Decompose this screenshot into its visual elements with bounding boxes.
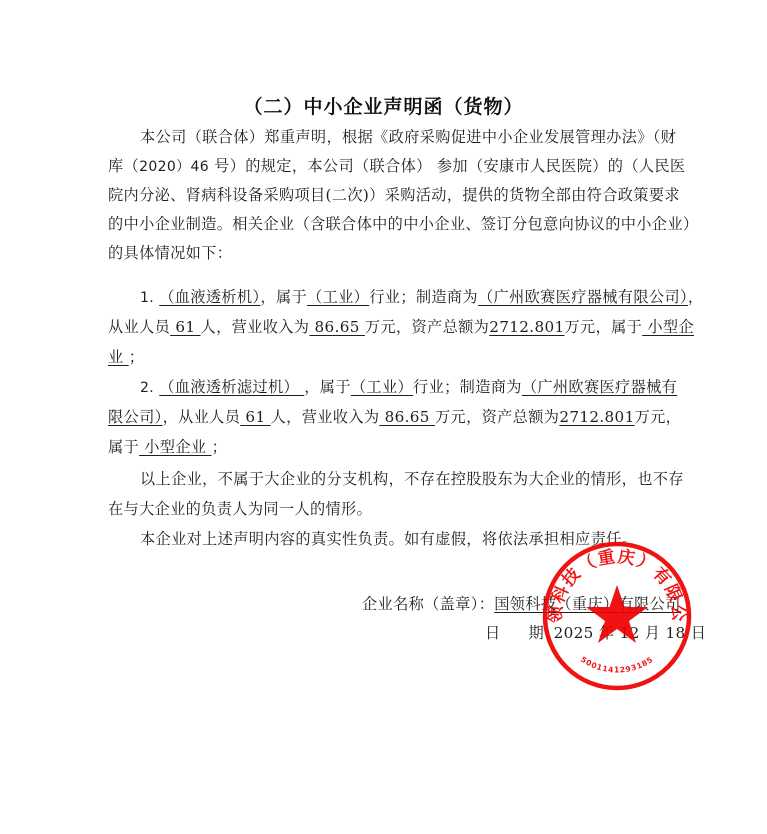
signature-label: 企业名称（盖章）： [362,595,494,613]
item-2-revenue-label: 人，营业收入为 [271,408,380,426]
para1-line2-rest: 号）的规定，本公司（联合体） 参加（安康市人民医院）的（人民医 [209,157,685,175]
item-2-size-label: 属于 [108,438,139,456]
para1-line1: 本公司（联合体）郑重声明，根据《政府采购促进中小企业发展管理办法》（财 [108,127,726,147]
signature-line: 企业名称（盖章）：国领科技（重庆）有限公司 [362,594,681,614]
document-title: （二）中小企业声明函（货物） [0,92,767,119]
item-2-end: ； [212,438,228,456]
decree-year: 2020 [139,159,176,175]
para1-line5: 的具体情况如下： [108,243,694,263]
item-2-revenue: 86.65 [379,408,435,426]
item-1-line3: 业 ； [108,347,694,367]
item-2-industry: （工业） [351,378,413,396]
item-1-industry: （工业） [307,288,369,306]
item-1-assets: 2712.801 [489,318,564,336]
item-2-line2: 限公司），从业人员 61 人，营业收入为 86.65 万元，资产总额为2712.… [108,407,694,427]
item-1-line2: 从业人员 61 人，营业收入为 86.65 万元，资产总额为2712.801万元… [108,317,694,337]
item-1-line1: 1. （血液透析机），属于（工业）行业；制造商为（广州欧赛医疗器械有限公司）， [108,287,726,308]
item-2-industry-label: ，属于 [304,378,351,396]
item-1-product: （血液透析机） [159,288,260,306]
decree-number: ）46 [176,159,209,175]
para1-line4: 的中小企业制造。相关企业（含联合体中的中小企业、签订分包意向协议的中小企业） [108,214,694,234]
item-2-manufacturer-part1: （广州欧赛医疗器械有 [522,378,677,396]
item-2-index: 2. [140,380,154,396]
para2-line2: 在与大企业的负责人为同一人的情形。 [108,499,694,519]
item-2-employees-label: ，从业人员 [163,408,241,426]
item-2-size: 小型企业 [139,438,212,456]
date-label-part1: 日 [485,624,501,642]
company-name: 国领科技（重庆）有限公司 [494,595,680,613]
item-1-size-part2: 业 [108,348,129,366]
item-2-line1: 2. （血液透析滤过机） ，属于（工业）行业；制造商为（广州欧赛医疗器械有 [108,377,726,398]
item-1-end: ； [129,348,145,366]
para1-line2-prefix: 库（ [108,157,139,175]
item-2-assets-label: 万元，资产总额为 [435,408,559,426]
item-2-assets-unit: 万元， [635,408,682,426]
date-line: 日期：2025 年 12 月 18 日 [485,623,706,643]
item-1-revenue-label: 人，营业收入为 [201,318,310,336]
para1-line3: 院内分泌、肾病科设备采购项目(二次)）采购活动，提供的货物全部由符合政策要求 [108,185,694,205]
item-2-line3: 属于 小型企业 ； [108,437,694,457]
item-1-assets-unit: 万元，属于 [565,318,643,336]
item-1-manufacturer: （广州欧赛医疗器械有限公司） [478,288,688,306]
item-2-manufacturer-part2: 限公司） [108,408,163,426]
company-seal-stamp: 国领科技（重庆）有限公司 5001141293185 [540,539,694,693]
item-1-employees: 61 [170,318,200,336]
seal-code-text: 5001141293185 [579,655,655,675]
item-1-assets-label: 万元，资产总额为 [365,318,489,336]
date-value: 2025 年 12 月 18 日 [554,624,707,642]
item-2-assets: 2712.801 [559,408,634,426]
declaration-page: （二）中小企业声明函（货物） 本公司（联合体）郑重声明，根据《政府采购促进中小企… [0,0,767,834]
item-1-size-part1: 小型企 [642,318,694,336]
item-2-manufacturer-label: 行业；制造商为 [413,378,522,396]
seal-ring-icon [545,544,689,688]
item-2-employees: 61 [240,408,270,426]
item-1-comma: ， [688,288,704,306]
item-1-manufacturer-label: 行业；制造商为 [369,288,478,306]
item-1-revenue: 86.65 [309,318,365,336]
item-2-product: （血液透析滤过机） [159,378,304,396]
para1-line2: 库（2020）46 号）的规定，本公司（联合体） 参加（安康市人民医院）的（人民… [108,156,694,177]
item-1-industry-label: ，属于 [260,288,307,306]
para3: 本企业对上述声明内容的真实性负责。如有虚假，将依法承担相应责任。 [108,529,726,549]
item-1-index: 1. [140,290,154,306]
para2-line1: 以上企业，不属于大企业的分支机构，不存在控股股东为大企业的情形，也不存 [108,469,726,489]
item-1-employees-label: 从业人员 [108,318,170,336]
